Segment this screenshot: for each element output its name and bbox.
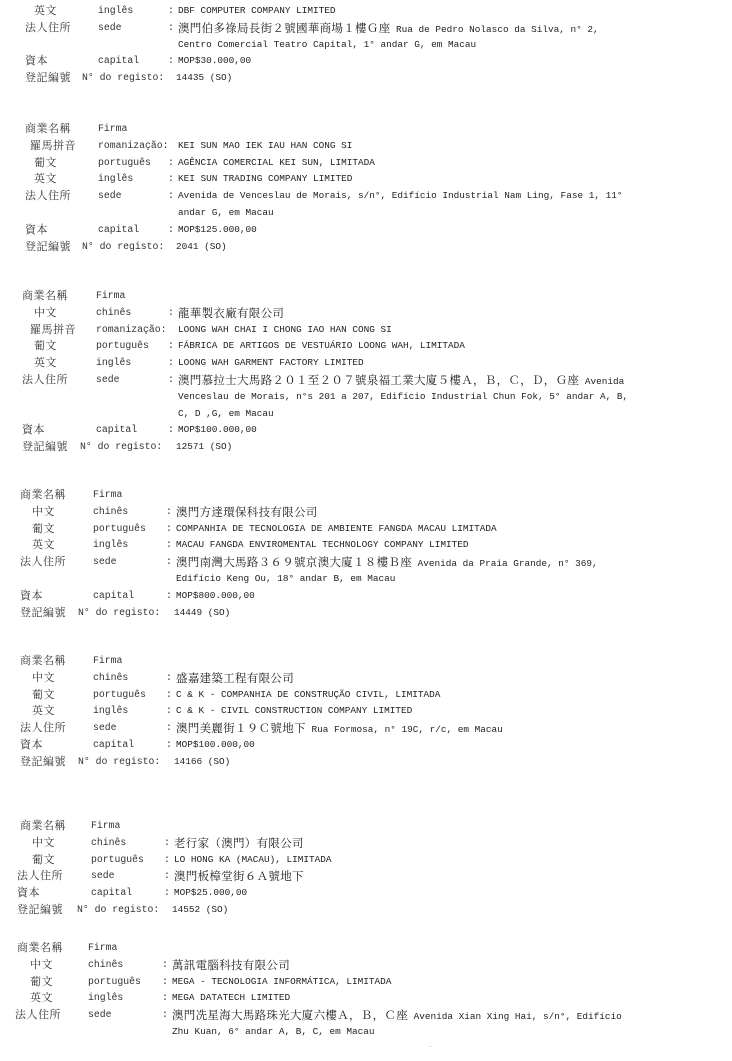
company-entry-lo-hong-ka: 商業名稱 Firma 中文 chinês : 老行家（澳門）有限公司 葡文 po… bbox=[0, 818, 732, 919]
registry-value: 14166 (SO) bbox=[174, 754, 230, 771]
registry-value: 14449 (SO) bbox=[174, 605, 230, 622]
capital-label-pt: capital bbox=[93, 737, 134, 754]
seat-address-pt: Rua de Pedro Nolasco da Silva, n° 2, bbox=[396, 24, 599, 35]
firma-row: 商業名稱 Firma bbox=[0, 653, 732, 670]
english-label-zh: 英文 bbox=[32, 703, 55, 720]
english-name-value: KEI SUN TRADING COMPANY LIMITED bbox=[178, 171, 352, 188]
chinese-label-pt: chinês bbox=[93, 670, 128, 687]
registry-label-pt: N° do registo: bbox=[82, 239, 164, 256]
seat-address-zh: 澳門南灣大馬路３６９號京澳大廈１８樓Ｂ座 bbox=[176, 555, 412, 569]
firma-label-pt: Firma bbox=[98, 121, 127, 138]
firma-row: 商業名稱 Firma bbox=[0, 818, 732, 835]
portuguese-name-value: MEGA - TECNOLOGIA INFORMÁTICA, LIMITADA bbox=[172, 974, 391, 991]
chinese-label-zh: 中文 bbox=[32, 835, 55, 852]
firma-label-zh: 商業名稱 bbox=[22, 288, 68, 305]
colon: : bbox=[168, 305, 174, 322]
seat-label-pt: sede bbox=[91, 868, 115, 885]
capital-value: MOP$100.000,00 bbox=[176, 737, 255, 754]
registry-label-pt: N° do registo: bbox=[80, 439, 162, 456]
seat-label-zh: 法人住所 bbox=[20, 554, 66, 571]
romanization-value: LOONG WAH CHAI I CHONG IAO HAN CONG SI bbox=[178, 322, 392, 339]
chinese-name-row: 中文 chinês : 老行家（澳門）有限公司 bbox=[0, 835, 732, 852]
chinese-name-row: 中文 chinês : 龍華製衣廠有限公司 bbox=[0, 305, 732, 322]
colon: : bbox=[166, 521, 172, 538]
portuguese-label-zh: 葡文 bbox=[34, 338, 57, 355]
colon: : bbox=[166, 670, 172, 687]
seat-continuation-row: andar G, em Macau bbox=[0, 205, 732, 222]
capital-row: 資本 capital : MOP$100.000,00 bbox=[0, 422, 732, 439]
capital-value: MOP$25.000,00 bbox=[174, 885, 247, 902]
registry-label-zh: 登記編號 bbox=[17, 902, 63, 919]
romanization-row: 羅馬拼音 romanização: LOONG WAH CHAI I CHONG… bbox=[0, 322, 732, 339]
seat-label-pt: sede bbox=[98, 188, 122, 205]
firma-label-pt: Firma bbox=[91, 818, 120, 835]
seat-row: 法人住所 sede : 澳門慕拉士大馬路２０１至２０７號泉福工業大廈５樓Ａ，Ｂ，… bbox=[0, 372, 732, 389]
portuguese-label-zh: 葡文 bbox=[30, 974, 53, 991]
english-name-row: 英文 inglês : KEI SUN TRADING COMPANY LIMI… bbox=[0, 171, 732, 188]
capital-label-pt: capital bbox=[98, 222, 139, 239]
colon: : bbox=[168, 188, 174, 205]
gazette-page: 英文 inglês : DBF COMPUTER COMPANY LIMITED… bbox=[0, 0, 732, 1061]
seat-label-zh: 法人住所 bbox=[17, 868, 63, 885]
registry-row: 登記編號 N° do registo: 14166 (SO) bbox=[0, 754, 732, 771]
portuguese-name-value: COMPANHIA DE TECNOLOGIA DE AMBIENTE FANG… bbox=[176, 521, 497, 538]
chinese-name-text: 龍華製衣廠有限公司 bbox=[178, 306, 284, 320]
chinese-label-pt: chinês bbox=[88, 957, 123, 974]
capital-label-zh: 資本 bbox=[20, 588, 43, 605]
seat-continuation-row: C, D ,G, em Macau bbox=[0, 406, 732, 423]
english-name-row: 英文 inglês : C & K - CIVIL CONSTRUCTION C… bbox=[0, 703, 732, 720]
portuguese-name-value: LO HONG KA (MACAU), LIMITADA bbox=[174, 852, 332, 869]
registry-label-zh: 登記編號 bbox=[20, 605, 66, 622]
company-entry-fangda: 商業名稱 Firma 中文 chinês : 澳門方達環保科技有限公司 葡文 p… bbox=[0, 487, 732, 621]
colon: : bbox=[166, 504, 172, 521]
registry-label-zh: 登記編號 bbox=[25, 70, 71, 87]
english-label-pt: inglês bbox=[96, 355, 131, 372]
seat-label-zh: 法人住所 bbox=[15, 1007, 61, 1024]
chinese-label-zh: 中文 bbox=[32, 670, 55, 687]
seat-row: 法人住所 sede : 澳門板樟堂街６Ａ號地下 bbox=[0, 868, 732, 885]
chinese-label-pt: chinês bbox=[91, 835, 126, 852]
romanization-label-pt: romanização: bbox=[98, 138, 169, 155]
registry-label-pt: N° do registo: bbox=[78, 754, 160, 771]
capital-value: MOP$100.000,00 bbox=[178, 422, 257, 439]
registry-label-zh: 登記編號 bbox=[20, 754, 66, 771]
portuguese-label-pt: português bbox=[93, 687, 146, 704]
capital-label-pt: capital bbox=[96, 422, 137, 439]
seat-label-pt: sede bbox=[88, 1007, 112, 1024]
registry-value: 14435 (SO) bbox=[176, 70, 232, 87]
seat-continuation-row: Venceslau de Morais, n°s 201 a 207, Edif… bbox=[0, 389, 732, 406]
company-entry-kei-sun: 商業名稱 Firma 羅馬拼音 romanização: KEI SUN MAO… bbox=[0, 121, 732, 255]
seat-row: 法人住所 sede : 澳門伯多祿局長街２號國華商場１樓Ｇ座 Rua de Pe… bbox=[0, 20, 732, 37]
colon: : bbox=[168, 155, 174, 172]
registry-label-zh: 登記編號 bbox=[22, 439, 68, 456]
portuguese-name-value: C & K - COMPANHIA DE CONSTRUÇÃO CIVIL, L… bbox=[176, 687, 440, 704]
capital-row: 資本 capital : MOP$800.000,00 bbox=[0, 588, 732, 605]
company-entry-c-and-k: 商業名稱 Firma 中文 chinês : 盛嘉建築工程有限公司 葡文 por… bbox=[0, 653, 732, 771]
english-label-zh: 英文 bbox=[34, 3, 57, 20]
colon: : bbox=[166, 588, 172, 605]
english-name-value: LOONG WAH GARMENT FACTORY LIMITED bbox=[178, 355, 364, 372]
english-name-row: 英文 inglês : MACAU FANGDA ENVIROMENTAL TE… bbox=[0, 537, 732, 554]
portuguese-name-row: 葡文 português : C & K - COMPANHIA DE CONS… bbox=[0, 687, 732, 704]
seat-address-zh: 澳門伯多祿局長街２號國華商場１樓Ｇ座 bbox=[178, 21, 390, 35]
capital-label-pt: capital bbox=[98, 53, 139, 70]
capital-row: 資本 capital : MOP$100.000,00 bbox=[0, 737, 732, 754]
chinese-label-zh: 中文 bbox=[30, 957, 53, 974]
english-label-zh: 英文 bbox=[34, 171, 57, 188]
capital-label-zh: 資本 bbox=[25, 53, 48, 70]
seat-label-zh: 法人住所 bbox=[25, 20, 71, 37]
colon: : bbox=[164, 885, 170, 902]
seat-continuation-row: Edifício Keng Ou, 18° andar B, em Macau bbox=[0, 571, 732, 588]
capital-label-zh: 資本 bbox=[17, 885, 40, 902]
colon: : bbox=[168, 171, 174, 188]
seat-address-pt: Avenida Xian Xing Hai, s/n°, Edifício bbox=[414, 1011, 622, 1022]
chinese-name-text: 澳門方達環保科技有限公司 bbox=[176, 505, 318, 519]
romanization-label-zh: 羅馬拼音 bbox=[30, 138, 76, 155]
firma-label-pt: Firma bbox=[96, 288, 125, 305]
english-name-row: 英文 inglês : DBF COMPUTER COMPANY LIMITED bbox=[0, 3, 732, 20]
portuguese-label-zh: 葡文 bbox=[32, 521, 55, 538]
colon: : bbox=[166, 737, 172, 754]
portuguese-label-pt: português bbox=[91, 852, 144, 869]
chinese-name-row: 中文 chinês : 萬訊電腦科技有限公司 bbox=[0, 957, 732, 974]
english-name-value: C & K - CIVIL CONSTRUCTION COMPANY LIMIT… bbox=[176, 703, 412, 720]
seat-row: 法人住所 sede : 澳門南灣大馬路３６９號京澳大廈１８樓Ｂ座 Avenida… bbox=[0, 554, 732, 571]
colon: : bbox=[168, 222, 174, 239]
capital-label-pt: capital bbox=[91, 885, 132, 902]
english-label-zh: 英文 bbox=[30, 990, 53, 1007]
seat-label-zh: 法人住所 bbox=[25, 188, 71, 205]
romanization-row: 羅馬拼音 romanização: KEI SUN MAO IEK IAU HA… bbox=[0, 138, 732, 155]
english-name-value: MEGA DATATECH LIMITED bbox=[172, 990, 290, 1007]
english-label-pt: inglês bbox=[98, 171, 133, 188]
seat-address-pt-cont2: C, D ,G, em Macau bbox=[178, 406, 274, 423]
seat-address-pt: Avenida bbox=[585, 376, 624, 387]
registry-label-pt: N° do registo: bbox=[82, 70, 164, 87]
romanization-label-zh: 羅馬拼音 bbox=[30, 322, 76, 339]
colon: : bbox=[168, 422, 174, 439]
chinese-name-text: 老行家（澳門）有限公司 bbox=[174, 836, 304, 850]
firma-label-zh: 商業名稱 bbox=[20, 487, 66, 504]
registry-value: 14552 (SO) bbox=[172, 902, 228, 919]
romanization-label-pt: romanização: bbox=[96, 322, 167, 339]
firma-row: 商業名稱 Firma bbox=[0, 288, 732, 305]
chinese-name-row: 中文 chinês : 澳門方達環保科技有限公司 bbox=[0, 504, 732, 521]
english-label-zh: 英文 bbox=[32, 537, 55, 554]
seat-address-zh: 澳門慕拉士大馬路２０１至２０７號泉福工業大廈５樓Ａ，Ｂ，Ｃ，Ｄ，Ｇ座 bbox=[178, 373, 579, 387]
firma-label-pt: Firma bbox=[88, 940, 117, 957]
portuguese-name-value: AGÊNCIA COMERCIAL KEI SUN, LIMITADA bbox=[178, 155, 375, 172]
capital-label-pt: capital bbox=[93, 588, 134, 605]
firma-label-zh: 商業名稱 bbox=[25, 121, 71, 138]
firma-row: 商業名稱 Firma bbox=[0, 487, 732, 504]
company-entry-loong-wah: 商業名稱 Firma 中文 chinês : 龍華製衣廠有限公司 羅馬拼音 ro… bbox=[0, 288, 732, 456]
english-label-pt: inglês bbox=[98, 3, 133, 20]
chinese-label-zh: 中文 bbox=[32, 504, 55, 521]
capital-label-zh: 資本 bbox=[25, 222, 48, 239]
capital-value: MOP$30.000,00 bbox=[178, 53, 251, 70]
firma-label-zh: 商業名稱 bbox=[20, 653, 66, 670]
registry-row: 登記編號 N° do registo: 14449 (SO) bbox=[0, 605, 732, 622]
capital-value: MOP$125.000,00 bbox=[178, 222, 257, 239]
colon: : bbox=[168, 53, 174, 70]
seat-row: 法人住所 sede : 澳門冼星海大馬路珠光大廈六樓Ａ，Ｂ，Ｃ座 Avenida… bbox=[0, 1007, 732, 1024]
colon: : bbox=[168, 355, 174, 372]
english-name-row: 英文 inglês : LOONG WAH GARMENT FACTORY LI… bbox=[0, 355, 732, 372]
portuguese-name-row: 葡文 português : LO HONG KA (MACAU), LIMIT… bbox=[0, 852, 732, 869]
seat-label-pt: sede bbox=[93, 554, 117, 571]
portuguese-name-row: 葡文 português : COMPANHIA DE TECNOLOGIA D… bbox=[0, 521, 732, 538]
seat-label-pt: sede bbox=[98, 20, 122, 37]
chinese-name-row: 中文 chinês : 盛嘉建築工程有限公司 bbox=[0, 670, 732, 687]
capital-row: 資本 capital : MOP$25.000,00 bbox=[0, 885, 732, 902]
colon: : bbox=[164, 852, 170, 869]
portuguese-name-row: 葡文 português : FÁBRICA DE ARTIGOS DE VES… bbox=[0, 338, 732, 355]
company-entry-dbf: 英文 inglês : DBF COMPUTER COMPANY LIMITED… bbox=[0, 3, 732, 87]
colon: : bbox=[162, 974, 168, 991]
colon: : bbox=[162, 1007, 168, 1024]
seat-address-pt-cont: Edifício Keng Ou, 18° andar B, em Macau bbox=[176, 571, 395, 588]
portuguese-label-zh: 葡文 bbox=[34, 155, 57, 172]
chinese-name-text: 盛嘉建築工程有限公司 bbox=[176, 671, 294, 685]
seat-address: Avenida de Venceslau de Morais, s/n°, Ed… bbox=[178, 188, 622, 205]
seat-address-zh: 澳門板樟堂街６Ａ號地下 bbox=[174, 869, 304, 883]
portuguese-label-pt: português bbox=[96, 338, 149, 355]
colon: : bbox=[166, 703, 172, 720]
chinese-label-zh: 中文 bbox=[34, 305, 57, 322]
seat-label-zh: 法人住所 bbox=[22, 372, 68, 389]
seat-label-zh: 法人住所 bbox=[20, 720, 66, 737]
portuguese-name-value: FÁBRICA DE ARTIGOS DE VESTUÁRIO LOONG WA… bbox=[178, 338, 465, 355]
registry-row: 登記編號 N° do registo: 14435 (SO) bbox=[0, 70, 732, 87]
registry-value: 2041 (SO) bbox=[176, 239, 227, 256]
seat-label-pt: sede bbox=[96, 372, 120, 389]
portuguese-label-zh: 葡文 bbox=[32, 852, 55, 869]
seat-continuation-row: Centro Comercial Teatro Capital, 1° anda… bbox=[0, 37, 732, 54]
english-label-pt: inglês bbox=[88, 990, 123, 1007]
seat-row: 法人住所 sede : 澳門美麗街１９Ｃ號地下 Rua Formosa, n° … bbox=[0, 720, 732, 737]
registry-label-pt: N° do registo: bbox=[78, 605, 160, 622]
chinese-name-text: 萬訊電腦科技有限公司 bbox=[172, 958, 290, 972]
registry-value: 12571 (SO) bbox=[176, 439, 232, 456]
colon: : bbox=[166, 554, 172, 571]
english-label-pt: inglês bbox=[93, 537, 128, 554]
seat-address-pt-cont: Zhu Kuan, 6° andar A, B, C, em Macau bbox=[172, 1024, 375, 1041]
english-label-zh: 英文 bbox=[34, 355, 57, 372]
portuguese-label-zh: 葡文 bbox=[32, 687, 55, 704]
colon: : bbox=[166, 537, 172, 554]
english-name-value: MACAU FANGDA ENVIROMENTAL TECHNOLOGY COM… bbox=[176, 537, 469, 554]
portuguese-label-pt: português bbox=[98, 155, 151, 172]
registry-row: 登記編號 N° do registo: 12571 (SO) bbox=[0, 439, 732, 456]
seat-address-pt-cont: Centro Comercial Teatro Capital, 1° anda… bbox=[178, 37, 476, 54]
capital-row: 資本 capital : MOP$125.000,00 bbox=[0, 222, 732, 239]
colon: : bbox=[166, 687, 172, 704]
capital-label-zh: 資本 bbox=[20, 737, 43, 754]
portuguese-name-row: 葡文 português : AGÊNCIA COMERCIAL KEI SUN… bbox=[0, 155, 732, 172]
colon: : bbox=[168, 3, 174, 20]
seat-row: 法人住所 sede : Avenida de Venceslau de Mora… bbox=[0, 188, 732, 205]
firma-label-zh: 商業名稱 bbox=[17, 940, 63, 957]
portuguese-label-pt: português bbox=[93, 521, 146, 538]
colon: : bbox=[168, 372, 174, 389]
capital-value: MOP$800.000,00 bbox=[176, 588, 255, 605]
scan-speck: ` bbox=[428, 1046, 433, 1055]
portuguese-label-pt: português bbox=[88, 974, 141, 991]
chinese-label-pt: chinês bbox=[96, 305, 131, 322]
english-label-pt: inglês bbox=[93, 703, 128, 720]
registry-row: 登記編號 N° do registo: 14552 (SO) bbox=[0, 902, 732, 919]
english-name-row: 英文 inglês : MEGA DATATECH LIMITED bbox=[0, 990, 732, 1007]
seat-address-pt: Avenida da Praia Grande, n° 369, bbox=[418, 558, 598, 569]
colon: : bbox=[166, 720, 172, 737]
seat-address-zh: 澳門美麗街１９Ｃ號地下 bbox=[176, 721, 306, 735]
firma-row: 商業名稱 Firma bbox=[0, 121, 732, 138]
seat-continuation-row: Zhu Kuan, 6° andar A, B, C, em Macau bbox=[0, 1024, 732, 1041]
colon: : bbox=[162, 957, 168, 974]
seat-address-zh: 澳門冼星海大馬路珠光大廈六樓Ａ，Ｂ，Ｃ座 bbox=[172, 1008, 408, 1022]
seat-address-pt-cont: Venceslau de Morais, n°s 201 a 207, Edif… bbox=[178, 389, 628, 406]
firma-row: 商業名稱 Firma bbox=[0, 940, 732, 957]
colon: : bbox=[168, 20, 174, 37]
romanization-value: KEI SUN MAO IEK IAU HAN CONG SI bbox=[178, 138, 352, 155]
chinese-label-pt: chinês bbox=[93, 504, 128, 521]
seat-address-pt: Rua Formosa, n° 19C, r/c, em Macau bbox=[311, 724, 502, 735]
company-entry-mega-datatech: 商業名稱 Firma 中文 chinês : 萬訊電腦科技有限公司 葡文 por… bbox=[0, 940, 732, 1041]
seat-address-cont: andar G, em Macau bbox=[178, 205, 274, 222]
colon: : bbox=[162, 990, 168, 1007]
firma-label-pt: Firma bbox=[93, 653, 122, 670]
registry-label-zh: 登記編號 bbox=[25, 239, 71, 256]
registry-row: 登記編號 N° do registo: 2041 (SO) bbox=[0, 239, 732, 256]
capital-row: 資本 capital : MOP$30.000,00 bbox=[0, 53, 732, 70]
firma-label-pt: Firma bbox=[93, 487, 122, 504]
colon: : bbox=[164, 835, 170, 852]
colon: : bbox=[164, 868, 170, 885]
colon: : bbox=[168, 338, 174, 355]
english-name-value: DBF COMPUTER COMPANY LIMITED bbox=[178, 3, 336, 20]
portuguese-name-row: 葡文 português : MEGA - TECNOLOGIA INFORMÁ… bbox=[0, 974, 732, 991]
firma-label-zh: 商業名稱 bbox=[20, 818, 66, 835]
capital-label-zh: 資本 bbox=[22, 422, 45, 439]
seat-label-pt: sede bbox=[93, 720, 117, 737]
registry-label-pt: N° do registo: bbox=[77, 902, 159, 919]
